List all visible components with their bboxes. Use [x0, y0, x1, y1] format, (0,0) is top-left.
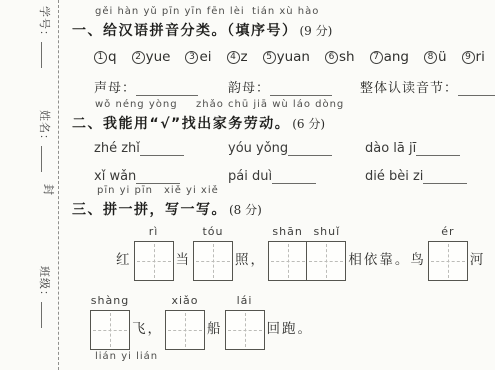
pinyin-hint-left: gěi hàn yǔ pīn yīn fēn lèi: [95, 6, 245, 17]
hanzi-hong: 红: [116, 248, 132, 268]
yunmu-label: 韵母：: [228, 77, 270, 96]
pinyin-options: 1q 2yue 3ei 4z 5yuan 6sh 7ang 8ü 9ri: [72, 49, 490, 65]
student-id-text: 学号：: [38, 6, 51, 42]
writing-grid-er[interactable]: [428, 241, 468, 281]
circled-number-6: 6: [325, 51, 338, 64]
writing-grid-lai[interactable]: [225, 310, 265, 350]
section-2-title-row: 二、我能用“√”找出家务劳动。(6 分): [72, 112, 490, 133]
pinyin-er: ér: [441, 225, 454, 241]
section-2-score: (6 分): [292, 117, 325, 131]
seal-char: 封: [41, 184, 57, 196]
hanzi-zhao: 照，: [235, 248, 266, 268]
circled-number-8: 8: [424, 51, 437, 64]
write-unit-tou: tóu: [193, 225, 233, 281]
class-text: 班级：: [38, 266, 51, 302]
write-unit-er: ér: [428, 225, 468, 281]
chore-blank[interactable]: [140, 143, 184, 156]
pinyin-shang: shàng: [91, 294, 129, 310]
write-unit-lai: lái: [225, 294, 265, 350]
zhengti-group: 整体认读音节：: [360, 77, 495, 96]
section-2-title: 二、我能用“√”找出家务劳动。: [72, 116, 290, 132]
writing-grid-xiao[interactable]: [165, 310, 205, 350]
circled-number-4: 4: [227, 51, 240, 64]
pinyin-lai: lái: [237, 294, 253, 310]
chore-daolaji: dào lā jī: [365, 141, 490, 156]
option-9: 9ri: [462, 49, 485, 65]
yunmu-blank[interactable]: [270, 83, 332, 96]
zhengti-blank[interactable]: [458, 83, 495, 96]
chore-diebeizi: dié bèi zi: [365, 169, 490, 184]
seal-dashed-line: [58, 0, 59, 370]
section-1-title-row: 一、给汉语拼音分类。（填序号）(9 分): [72, 19, 490, 40]
write-unit-shanshui: shānshuǐ: [268, 225, 346, 281]
chore-blank[interactable]: [136, 171, 180, 184]
option-6: 6sh: [325, 49, 355, 65]
section-3-pinyin-hint: pīn yi pīn xiě yi xiě: [72, 185, 490, 198]
class-label: 班级：: [37, 266, 53, 328]
chore-blank[interactable]: [288, 143, 332, 156]
class-blank[interactable]: [41, 302, 51, 328]
hanzi-fei: 飞，: [132, 317, 163, 337]
chore-paidui: pái duì: [228, 169, 365, 184]
writing-grid-tou[interactable]: [193, 241, 233, 281]
circled-number-3: 3: [185, 51, 198, 64]
section-3-score: (8 分): [229, 203, 262, 217]
yunmu-group: 韵母：: [228, 77, 332, 96]
chore-youyong: yóu yǒng: [228, 141, 365, 156]
option-4: 4z: [227, 49, 248, 65]
section-1-score: (9 分): [300, 24, 333, 38]
option-2: 2yue: [132, 49, 171, 65]
zhengti-label: 整体认读音节：: [360, 77, 458, 96]
hanzi-dang: 当: [176, 248, 192, 268]
option-3: 3ei: [185, 49, 211, 65]
write-unit-shang: shàng: [90, 294, 130, 350]
circled-number-7: 7: [370, 51, 383, 64]
pinyin-hint-left: pīn yi pīn: [97, 185, 153, 196]
writing-grid-shui[interactable]: [306, 241, 346, 281]
shengmu-label: 声母：: [94, 77, 136, 96]
option-7: 7ang: [370, 49, 409, 65]
write-row-1: 红 rì 当 tóu 照， shānshuǐ 相依靠。鸟 ér 河: [72, 225, 490, 281]
hanzi-he: 河: [470, 248, 486, 268]
hanzi-huipao: 回跑。: [267, 317, 314, 337]
pinyin-shui: shuǐ: [307, 225, 346, 241]
pinyin-tou: tóu: [202, 225, 223, 241]
hanzi-chuan: 船: [207, 317, 223, 337]
circled-number-2: 2: [132, 51, 145, 64]
section-3-title-row: 三、拼一拼，写一写。(8 分): [72, 198, 490, 219]
student-id-blank[interactable]: [41, 42, 51, 68]
name-blank[interactable]: [41, 146, 51, 172]
section-3-title: 三、拼一拼，写一写。: [72, 202, 227, 218]
pinyin-hint-left: wǒ néng yòng: [95, 99, 178, 110]
circled-number-1: 1: [94, 51, 107, 64]
writing-grid-ri[interactable]: [134, 241, 174, 281]
section-3: pīn yi pīn xiě yi xiě 三、拼一拼，写一写。(8 分) 红 …: [72, 185, 490, 350]
chore-blank[interactable]: [423, 171, 467, 184]
writing-grid-shan[interactable]: [268, 241, 308, 281]
pinyin-xiao: xiǎo: [171, 294, 198, 310]
pinyin-hint-right: tián xù hào: [252, 6, 319, 17]
pinyin-shan: shān: [268, 225, 307, 241]
shengmu-group: 声母：: [94, 77, 198, 96]
section-1: gěi hàn yǔ pīn yīn fēn lèi tián xù hào 一…: [72, 6, 490, 96]
write-unit-xiao: xiǎo: [165, 294, 205, 350]
pinyin-ri: rì: [149, 225, 159, 241]
classification-blanks: 声母： 韵母： 整体认读音节：: [72, 77, 490, 96]
section-1-title: 一、给汉语拼音分类。（填序号）: [72, 23, 298, 39]
option-1: 1q: [94, 49, 117, 65]
name-text: 姓名：: [38, 110, 51, 146]
section-2: wǒ néng yòng zhǎo chū jiā wù láo dòng 二、…: [72, 99, 490, 184]
write-row-2: shàng 飞， xiǎo 船 lái 回跑。: [72, 294, 490, 350]
writing-grid-shang[interactable]: [90, 310, 130, 350]
option-8: 8ü: [424, 49, 447, 65]
pinyin-hint-right: zhǎo chū jiā wù láo dòng: [196, 99, 344, 110]
chore-xiwan: xǐ wǎn: [94, 169, 228, 184]
section-2-pinyin-hint: wǒ néng yòng zhǎo chū jiā wù láo dòng: [72, 99, 490, 112]
section-4-pinyin-hint: lián yi lián: [95, 351, 158, 362]
pinyin-hint-right: xiě yi xiě: [164, 185, 219, 196]
hanzi-xiangyikao-niao: 相依靠。鸟: [348, 248, 426, 268]
chore-items: zhé zhǐ yóu yǒng dào lā jī xǐ wǎn pái du…: [72, 141, 490, 184]
name-label: 姓名：: [37, 110, 53, 172]
chore-zhezhi: zhé zhǐ: [94, 141, 228, 156]
shengmu-blank[interactable]: [136, 83, 198, 96]
worksheet-page: 学号： 姓名： 封 班级： gěi hàn yǔ pīn yīn fēn lèi…: [0, 0, 495, 370]
section-1-pinyin-hint: gěi hàn yǔ pīn yīn fēn lèi tián xù hào: [72, 6, 490, 19]
circled-number-9: 9: [462, 51, 475, 64]
chore-blank[interactable]: [272, 171, 316, 184]
circled-number-5: 5: [263, 51, 276, 64]
student-id-label: 学号：: [37, 6, 53, 68]
write-unit-ri: rì: [134, 225, 174, 281]
chore-blank[interactable]: [416, 143, 460, 156]
option-5: 5yuan: [263, 49, 310, 65]
